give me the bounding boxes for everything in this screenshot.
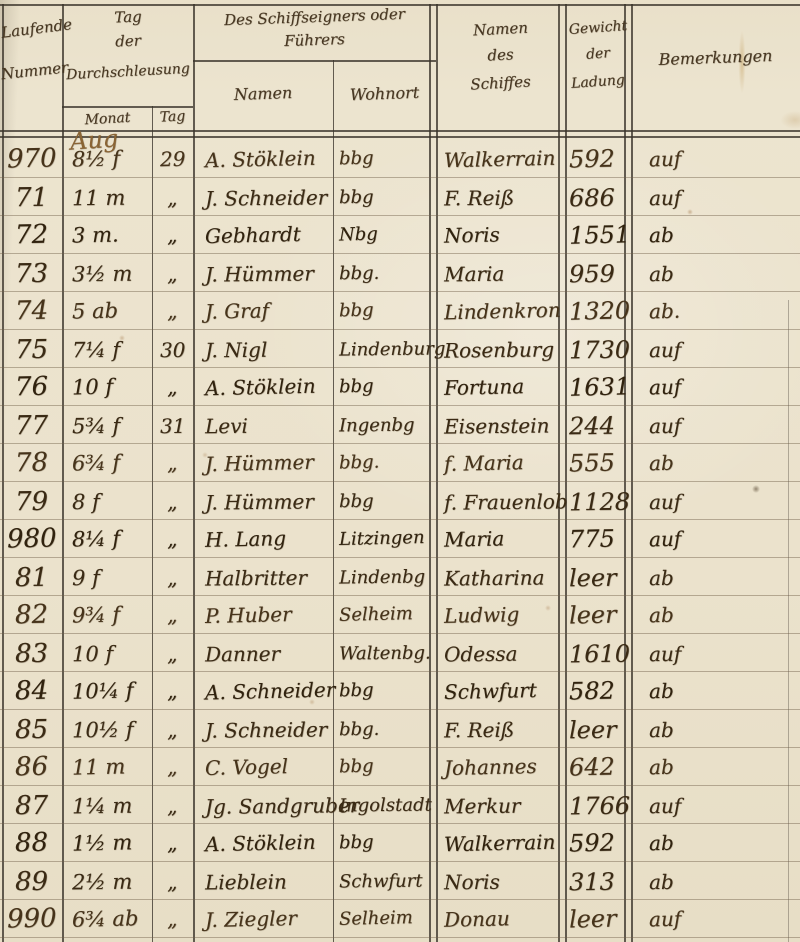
direction: ab [631,748,800,785]
direction: auf [631,178,800,215]
row-number: 76 [0,368,63,405]
owner-name: Gebhardt [193,216,333,253]
cargo-weight: 959 [565,254,631,291]
lock-time: 11 m [63,178,152,215]
day-of-month: 30 [152,330,193,367]
ship-name: F. Reiß [436,710,565,747]
table-row: 990 6¾ ab „ J. Ziegler Selheim Donau lee… [0,900,800,938]
lock-time: 8 f [63,482,152,519]
header-tag-group-line3: Durchschleusung [54,60,203,84]
owner-residence: bbg. [333,254,436,291]
owner-residence: Ingenbg [333,406,436,443]
ship-name: F. Reiß [436,178,565,215]
row-number: 970 [0,140,63,177]
cargo-weight: leer [565,710,631,747]
row-number: 82 [0,596,63,633]
direction: ab [631,596,800,633]
cargo-weight: 1766 [565,786,631,823]
direction: auf [631,900,800,937]
direction: auf [631,482,800,519]
owner-residence: Lindenbg [333,558,436,595]
owner-name: A. Stöklein [193,368,333,405]
table-row: 73 3½ m „ J. Hümmer bbg. Maria 959 ab [0,254,800,292]
table-row: 86 11 m „ C. Vogel bbg Johannes 642 ab [0,748,800,786]
cargo-weight: 1631 [565,368,631,405]
ship-name: Lindenkron [436,292,565,329]
owner-residence: Nbg [333,216,436,253]
cargo-weight: 1730 [565,330,631,367]
ship-name: Maria [436,520,565,557]
header-gewicht-line1: Gewicht [565,18,632,39]
ship-name: Odessa [436,634,565,671]
header-tag-sub: Tag [152,108,194,126]
day-of-month: 29 [152,140,193,177]
lock-time: 3½ m [63,254,152,291]
header-gewicht-line2: der [565,44,632,65]
day-of-month: „ [152,444,193,481]
lock-time: 8¼ f [63,520,152,557]
owner-residence: bbg [333,748,436,785]
direction: auf [631,406,800,443]
day-of-month: „ [152,710,193,747]
header-owner-group-line2: Führers [193,27,436,53]
owner-residence: Selheim [333,900,436,937]
owner-residence: Selheim [333,596,436,633]
row-number: 980 [0,520,63,557]
ship-name: Noris [436,862,565,899]
cargo-weight: leer [565,558,631,595]
header-wohnort: Wohnort [333,82,437,105]
header-schiff-line1: Namen [436,17,566,42]
ship-name: Maria [436,254,565,291]
row-number: 78 [0,444,63,481]
monat-tag-underline [62,106,193,108]
row-number: 84 [0,672,63,709]
ship-name: Merkur [436,786,565,823]
lock-time: 1½ m [63,824,152,861]
table-row: 75 7¼ f 30 J. Nigl Lindenburg Rosenburg … [0,330,800,368]
day-of-month: „ [152,520,193,557]
direction: ab [631,444,800,481]
cargo-weight: 555 [565,444,631,481]
cargo-weight: 244 [565,406,631,443]
cargo-weight: 1610 [565,634,631,671]
row-number: 75 [0,330,63,367]
cargo-weight: 582 [565,672,631,709]
header-owner-group-line1: Des Schiffseigners oder [193,4,436,30]
header-gewicht-line3: Ladung [565,72,632,93]
direction: auf [631,368,800,405]
day-of-month: „ [152,862,193,899]
table-row: 81 9 f „ Halbritter Lindenbg Katharina l… [0,558,800,596]
month-annotation: Aug [69,124,119,155]
table-row: 78 6¾ f „ J. Hümmer bbg. f. Maria 555 ab [0,444,800,482]
ship-name: Walkerrain [436,824,565,861]
table-row: 85 10½ f „ J. Schneider bbg. F. Reiß lee… [0,710,800,748]
cargo-weight: 1551 [565,216,631,253]
day-of-month: „ [152,672,193,709]
owner-residence: Litzingen [333,520,436,557]
lock-time: 6¾ f [63,444,152,481]
direction: ab [631,824,800,861]
owner-name: J. Schneider [193,178,333,215]
row-number: 79 [0,482,63,519]
table-row: 980 8¼ f „ H. Lang Litzingen Maria 775 a… [0,520,800,558]
row-number: 86 [0,748,63,785]
cargo-weight: 1128 [565,482,631,519]
direction: ab [631,216,800,253]
table-body: 970 8½ f 29 A. Stöklein bbg Walkerrain 5… [0,140,800,938]
owner-name: J. Hümmer [193,482,333,519]
owner-name: Levi [193,406,333,443]
direction: auf [631,330,800,367]
header-namen: Namen [193,82,334,106]
owner-name: C. Vogel [193,748,333,785]
day-of-month: 31 [152,406,193,443]
cargo-weight: 592 [565,140,631,177]
row-number: 83 [0,634,63,671]
day-of-month: „ [152,748,193,785]
row-number: 85 [0,710,63,747]
day-of-month: „ [152,178,193,215]
owner-residence: Schwfurt [333,862,436,899]
cargo-weight: leer [565,596,631,633]
lock-time: 6¾ ab [63,900,152,937]
row-number: 77 [0,406,63,443]
ship-name: Walkerrain [436,140,565,177]
table-row: 89 2½ m „ Lieblein Schwfurt Noris 313 ab [0,862,800,900]
owner-name: J. Nigl [193,330,333,367]
lock-time: 9 f [63,558,152,595]
owner-residence: Ingolstadt [333,786,436,823]
owner-name: P. Huber [193,596,333,633]
ship-name: Donau [436,900,565,937]
owner-name: J. Graf [193,292,333,329]
direction: ab. [631,292,800,329]
row-number: 990 [0,900,63,937]
header-schiff-line3: Schiffes [436,71,566,96]
ship-name: Rosenburg [436,330,565,367]
direction: ab [631,558,800,595]
lock-time: 7¼ f [63,330,152,367]
lock-time: 5¾ f [63,406,152,443]
ship-name: f. Maria [436,444,565,481]
lock-time: 11 m [63,748,152,785]
direction: ab [631,254,800,291]
lock-time: 10¼ f [63,672,152,709]
day-of-month: „ [152,596,193,633]
lock-time: 10 f [63,634,152,671]
owner-name: J. Hümmer [193,254,333,291]
day-of-month: „ [152,824,193,861]
lock-time: 5 ab [63,292,152,329]
header-tag-group-line1: Tag [63,6,194,29]
table-row: 87 1¼ m „ Jg. Sandgruber Ingolstadt Merk… [0,786,800,824]
table-row: 71 11 m „ J. Schneider bbg F. Reiß 686 a… [0,178,800,216]
lock-time: 3 m. [63,216,152,253]
owner-name: Jg. Sandgruber [193,786,333,823]
lock-time: 2½ m [63,862,152,899]
header-bottom-line-1 [0,130,800,132]
owner-residence: bbg [333,824,436,861]
table-row: 82 9¾ f „ P. Huber Selheim Ludwig leer a… [0,596,800,634]
lock-time: 10 f [63,368,152,405]
day-of-month: „ [152,368,193,405]
owner-name: A. Schneider [193,672,333,709]
lock-time: 1¼ m [63,786,152,823]
cargo-weight: 642 [565,748,631,785]
owner-residence: bbg [333,178,436,215]
owner-group-underline [193,60,436,62]
cargo-weight: 1320 [565,292,631,329]
direction: auf [631,520,800,557]
owner-residence: bbg [333,140,436,177]
day-of-month: „ [152,634,193,671]
header-bemerkungen: Bemerkungen [631,45,800,70]
ship-name: Katharina [436,558,565,595]
ship-name: Eisenstein [436,406,565,443]
owner-name: Lieblein [193,862,333,899]
ship-name: f. Frauenlob [436,482,565,519]
owner-residence: bbg [333,292,436,329]
owner-name: A. Stöklein [193,824,333,861]
ship-name: Fortuna [436,368,565,405]
table-row: 83 10 f „ Danner Waltenbg. Odessa 1610 a… [0,634,800,672]
day-of-month: „ [152,900,193,937]
table-row: 74 5 ab „ J. Graf bbg Lindenkron 1320 ab… [0,292,800,330]
row-number: 87 [0,786,63,823]
table-row: 76 10 f „ A. Stöklein bbg Fortuna 1631 a… [0,368,800,406]
owner-residence: Waltenbg. [333,634,436,671]
direction: auf [631,140,800,177]
table-row: 79 8 f „ J. Hümmer bbg f. Frauenlob 1128… [0,482,800,520]
table-row: 88 1½ m „ A. Stöklein bbg Walkerrain 592… [0,824,800,862]
ship-name: Noris [436,216,565,253]
owner-name: H. Lang [193,520,333,557]
ship-name: Schwfurt [436,672,565,709]
owner-name: J. Ziegler [193,900,333,937]
ship-name: Ludwig [436,596,565,633]
day-of-month: „ [152,482,193,519]
cargo-weight: 686 [565,178,631,215]
direction: ab [631,672,800,709]
header-bottom-line-2 [0,136,800,138]
cargo-weight: leer [565,900,631,937]
table-row: 84 10¼ f „ A. Schneider bbg Schwfurt 582… [0,672,800,710]
owner-residence: bbg [333,672,436,709]
table-row: 72 3 m. „ Gebhardt Nbg Noris 1551 ab [0,216,800,254]
table-row: 77 5¾ f 31 Levi Ingenbg Eisenstein 244 a… [0,406,800,444]
row-number: 88 [0,824,63,861]
cargo-weight: 313 [565,862,631,899]
owner-residence: bbg [333,482,436,519]
cargo-weight: 775 [565,520,631,557]
owner-name: Halbritter [193,558,333,595]
ship-name: Johannes [436,748,565,785]
direction: auf [631,634,800,671]
row-number: 71 [0,178,63,215]
row-number: 74 [0,292,63,329]
row-number: 73 [0,254,63,291]
row-number: 89 [0,862,63,899]
day-of-month: „ [152,558,193,595]
day-of-month: „ [152,254,193,291]
header-schiff-line2: des [436,43,566,68]
owner-name: J. Hümmer [193,444,333,481]
direction: ab [631,710,800,747]
owner-residence: bbg [333,368,436,405]
day-of-month: „ [152,216,193,253]
day-of-month: „ [152,786,193,823]
lock-time: 9¾ f [63,596,152,633]
day-of-month: „ [152,292,193,329]
owner-residence: bbg. [333,444,436,481]
lock-time: 10½ f [63,710,152,747]
row-number: 81 [0,558,63,595]
owner-residence: bbg. [333,710,436,747]
direction: ab [631,862,800,899]
row-number: 72 [0,216,63,253]
ledger-page: Laufende Nummer Tag der Durchschleusung … [0,0,800,942]
header-laufende-line1: Laufende [0,16,64,41]
header-tag-group-line2: der [63,30,194,53]
owner-name: A. Stöklein [193,140,333,177]
owner-name: Danner [193,634,333,671]
table-row: 970 8½ f 29 A. Stöklein bbg Walkerrain 5… [0,140,800,178]
direction: auf [631,786,800,823]
owner-residence: Lindenburg [333,330,436,367]
owner-name: J. Schneider [193,710,333,747]
cargo-weight: 592 [565,824,631,861]
